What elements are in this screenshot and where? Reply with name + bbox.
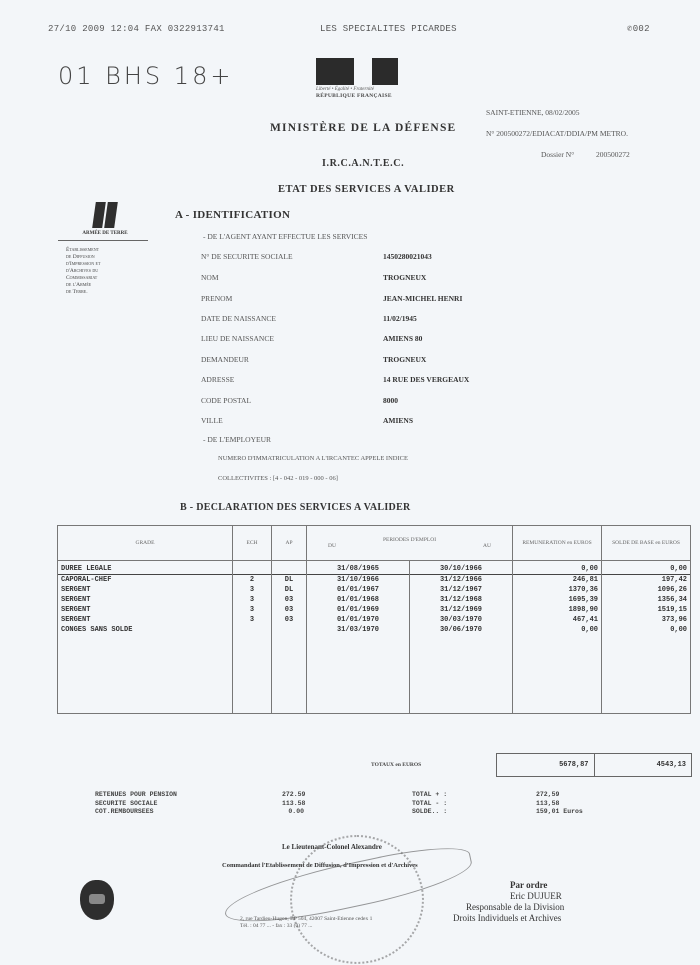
table-row: SERGENT303 01/01/197030/03/1970 467,4137… xyxy=(58,615,691,625)
table-header: GRADE ECH AP PERIODES D'EMPLOI DU AU REM… xyxy=(58,526,691,561)
total-solde: 4543,13 xyxy=(595,754,692,776)
col-periodes: PERIODES D'EMPLOI DU AU xyxy=(307,526,513,561)
signatory-role-1: Responsable de la Division xyxy=(466,902,564,913)
field-value-ville: AMIENS xyxy=(383,416,413,425)
table-row: SERGENT3DL 01/01/196731/12/1967 1370,361… xyxy=(58,585,691,595)
document-title: ETAT DES SERVICES A VALIDER xyxy=(278,184,455,195)
totals-summary-labels: TOTAL + : TOTAL - : SOLDE.. : xyxy=(412,791,447,817)
field-label-code-postal: CODE POSTAL xyxy=(201,396,251,405)
field-label-lieu-naissance: LIEU DE NAISSANCE xyxy=(201,334,274,343)
armee-de-terre-logo: ARMÉE DE TERRE Établissement de Diffusio… xyxy=(64,202,146,296)
field-value-secu: 1450280021043 xyxy=(383,252,432,261)
ministry-name: MINISTÈRE DE LA DÉFENSE xyxy=(270,122,456,134)
field-value-nom: TROGNEUX xyxy=(383,273,426,282)
signatory-name: Eric DUJUER xyxy=(510,891,562,902)
col-du: DU xyxy=(328,543,336,549)
field-label-secu: N° DE SECURITE SOCIALE xyxy=(201,252,293,261)
field-label-demandeur: DEMANDEUR xyxy=(201,355,249,364)
logo-motto: Liberté • Égalité • Fraternité xyxy=(316,87,410,92)
field-label-prenom: PRENOM xyxy=(201,294,232,303)
table-row: SERGENT303 01/01/196831/12/1968 1695,391… xyxy=(58,595,691,605)
logo-republique: RÉPUBLIQUE FRANÇAISE xyxy=(316,93,410,99)
marianne-icon xyxy=(316,58,410,85)
col-grade: GRADE xyxy=(58,526,233,561)
total-remuneration: 5678,87 xyxy=(497,754,595,776)
employer-registration: NUMERO D'IMMATRICULATION A L'IRCANTEC AP… xyxy=(218,455,408,462)
fax-header-left: 27/10 2009 12:04 FAX 0322913741 xyxy=(48,24,225,34)
totals-summary-values: 272,59 113,58 159,01 Euros xyxy=(536,791,583,817)
section-a-title: A - IDENTIFICATION xyxy=(175,209,290,221)
field-value-adresse: 14 RUE DES VERGEAUX xyxy=(383,375,469,384)
divider xyxy=(58,240,148,241)
col-solde: SOLDE DE BASE en EUROS xyxy=(602,526,691,561)
signatory-role-2: Droits Individuels et Archives xyxy=(453,913,561,924)
par-ordre: Par ordre xyxy=(510,880,547,891)
col-au: AU xyxy=(483,543,491,549)
table-row: SERGENT303 01/01/196931/12/1969 1898,901… xyxy=(58,605,691,615)
army-organisation: Établissement de Diffusion d'Impression … xyxy=(66,247,146,296)
agent-subtitle: - DE L'AGENT AYANT EFFECTUE LES SERVICES xyxy=(203,232,367,241)
field-value-lieu-naissance: AMIENS 80 xyxy=(383,334,422,343)
totals-label: TOTAUX en EUROS xyxy=(371,762,421,768)
section-b-title: B - DECLARATION DES SERVICES A VALIDER xyxy=(180,502,411,513)
field-value-demandeur: TROGNEUX xyxy=(383,355,426,364)
fax-header-center: LES SPECIALITES PICARDES xyxy=(320,24,457,34)
army-emblem-icon xyxy=(64,202,146,228)
place-date: SAINT-ETIENNE, 08/02/2005 xyxy=(486,108,579,117)
field-label-ville: VILLE xyxy=(201,416,223,425)
col-remuneration: REMUNERATION en EUROS xyxy=(513,526,602,561)
table-empty-space xyxy=(58,635,691,714)
fax-header-page: ✆002 xyxy=(627,24,650,34)
army-caption: ARMÉE DE TERRE xyxy=(64,231,146,236)
col-ech: ECH xyxy=(233,526,272,561)
reference-number: N° 200500272/EDIACAT/DDIA/PM METRO. xyxy=(486,129,628,138)
retenues-values: 272.59 113.58 0.00 xyxy=(282,791,304,817)
field-label-date-naissance: DATE DE NAISSANCE xyxy=(201,314,276,323)
unit-crest-icon xyxy=(80,880,114,920)
handwritten-note: 01 BHS 18+ xyxy=(58,62,233,90)
field-value-date-naissance: 11/02/1945 xyxy=(383,314,417,323)
dossier-value: 200500272 xyxy=(596,150,630,159)
field-label-adresse: ADRESSE xyxy=(201,375,234,384)
employer-collectivites: COLLECTIVITES : [4 - 042 - 019 - 000 - 0… xyxy=(218,475,338,482)
table-row: CONGES SANS SOLDE 31/03/197030/06/1970 0… xyxy=(58,625,691,635)
republique-francaise-logo: Liberté • Égalité • Fraternité RÉPUBLIQU… xyxy=(316,58,410,99)
services-table: GRADE ECH AP PERIODES D'EMPLOI DU AU REM… xyxy=(57,525,691,714)
establishment-address: 2, rue Tardieu-Hugon, BP 504, 42007 Sain… xyxy=(240,916,372,930)
field-value-prenom: JEAN-MICHEL HENRI xyxy=(383,294,462,303)
retenues-labels: RETENUES POUR PENSION SECURITE SOCIALE C… xyxy=(95,791,177,817)
dossier-label: Dossier N° xyxy=(541,150,574,159)
totals-box: 5678,87 4543,13 xyxy=(496,753,692,777)
employer-subtitle: - DE L'EMPLOYEUR xyxy=(203,435,271,444)
table-row: DUREE LEGALE 31/08/196530/10/1966 0,000,… xyxy=(58,561,691,575)
field-label-nom: NOM xyxy=(201,273,219,282)
organism-name: I.R.C.A.N.T.E.C. xyxy=(322,158,404,169)
field-value-code-postal: 8000 xyxy=(383,396,398,405)
table-row: CAPORAL-CHEF2DL 31/10/196631/12/1966 246… xyxy=(58,575,691,586)
col-ap: AP xyxy=(272,526,307,561)
